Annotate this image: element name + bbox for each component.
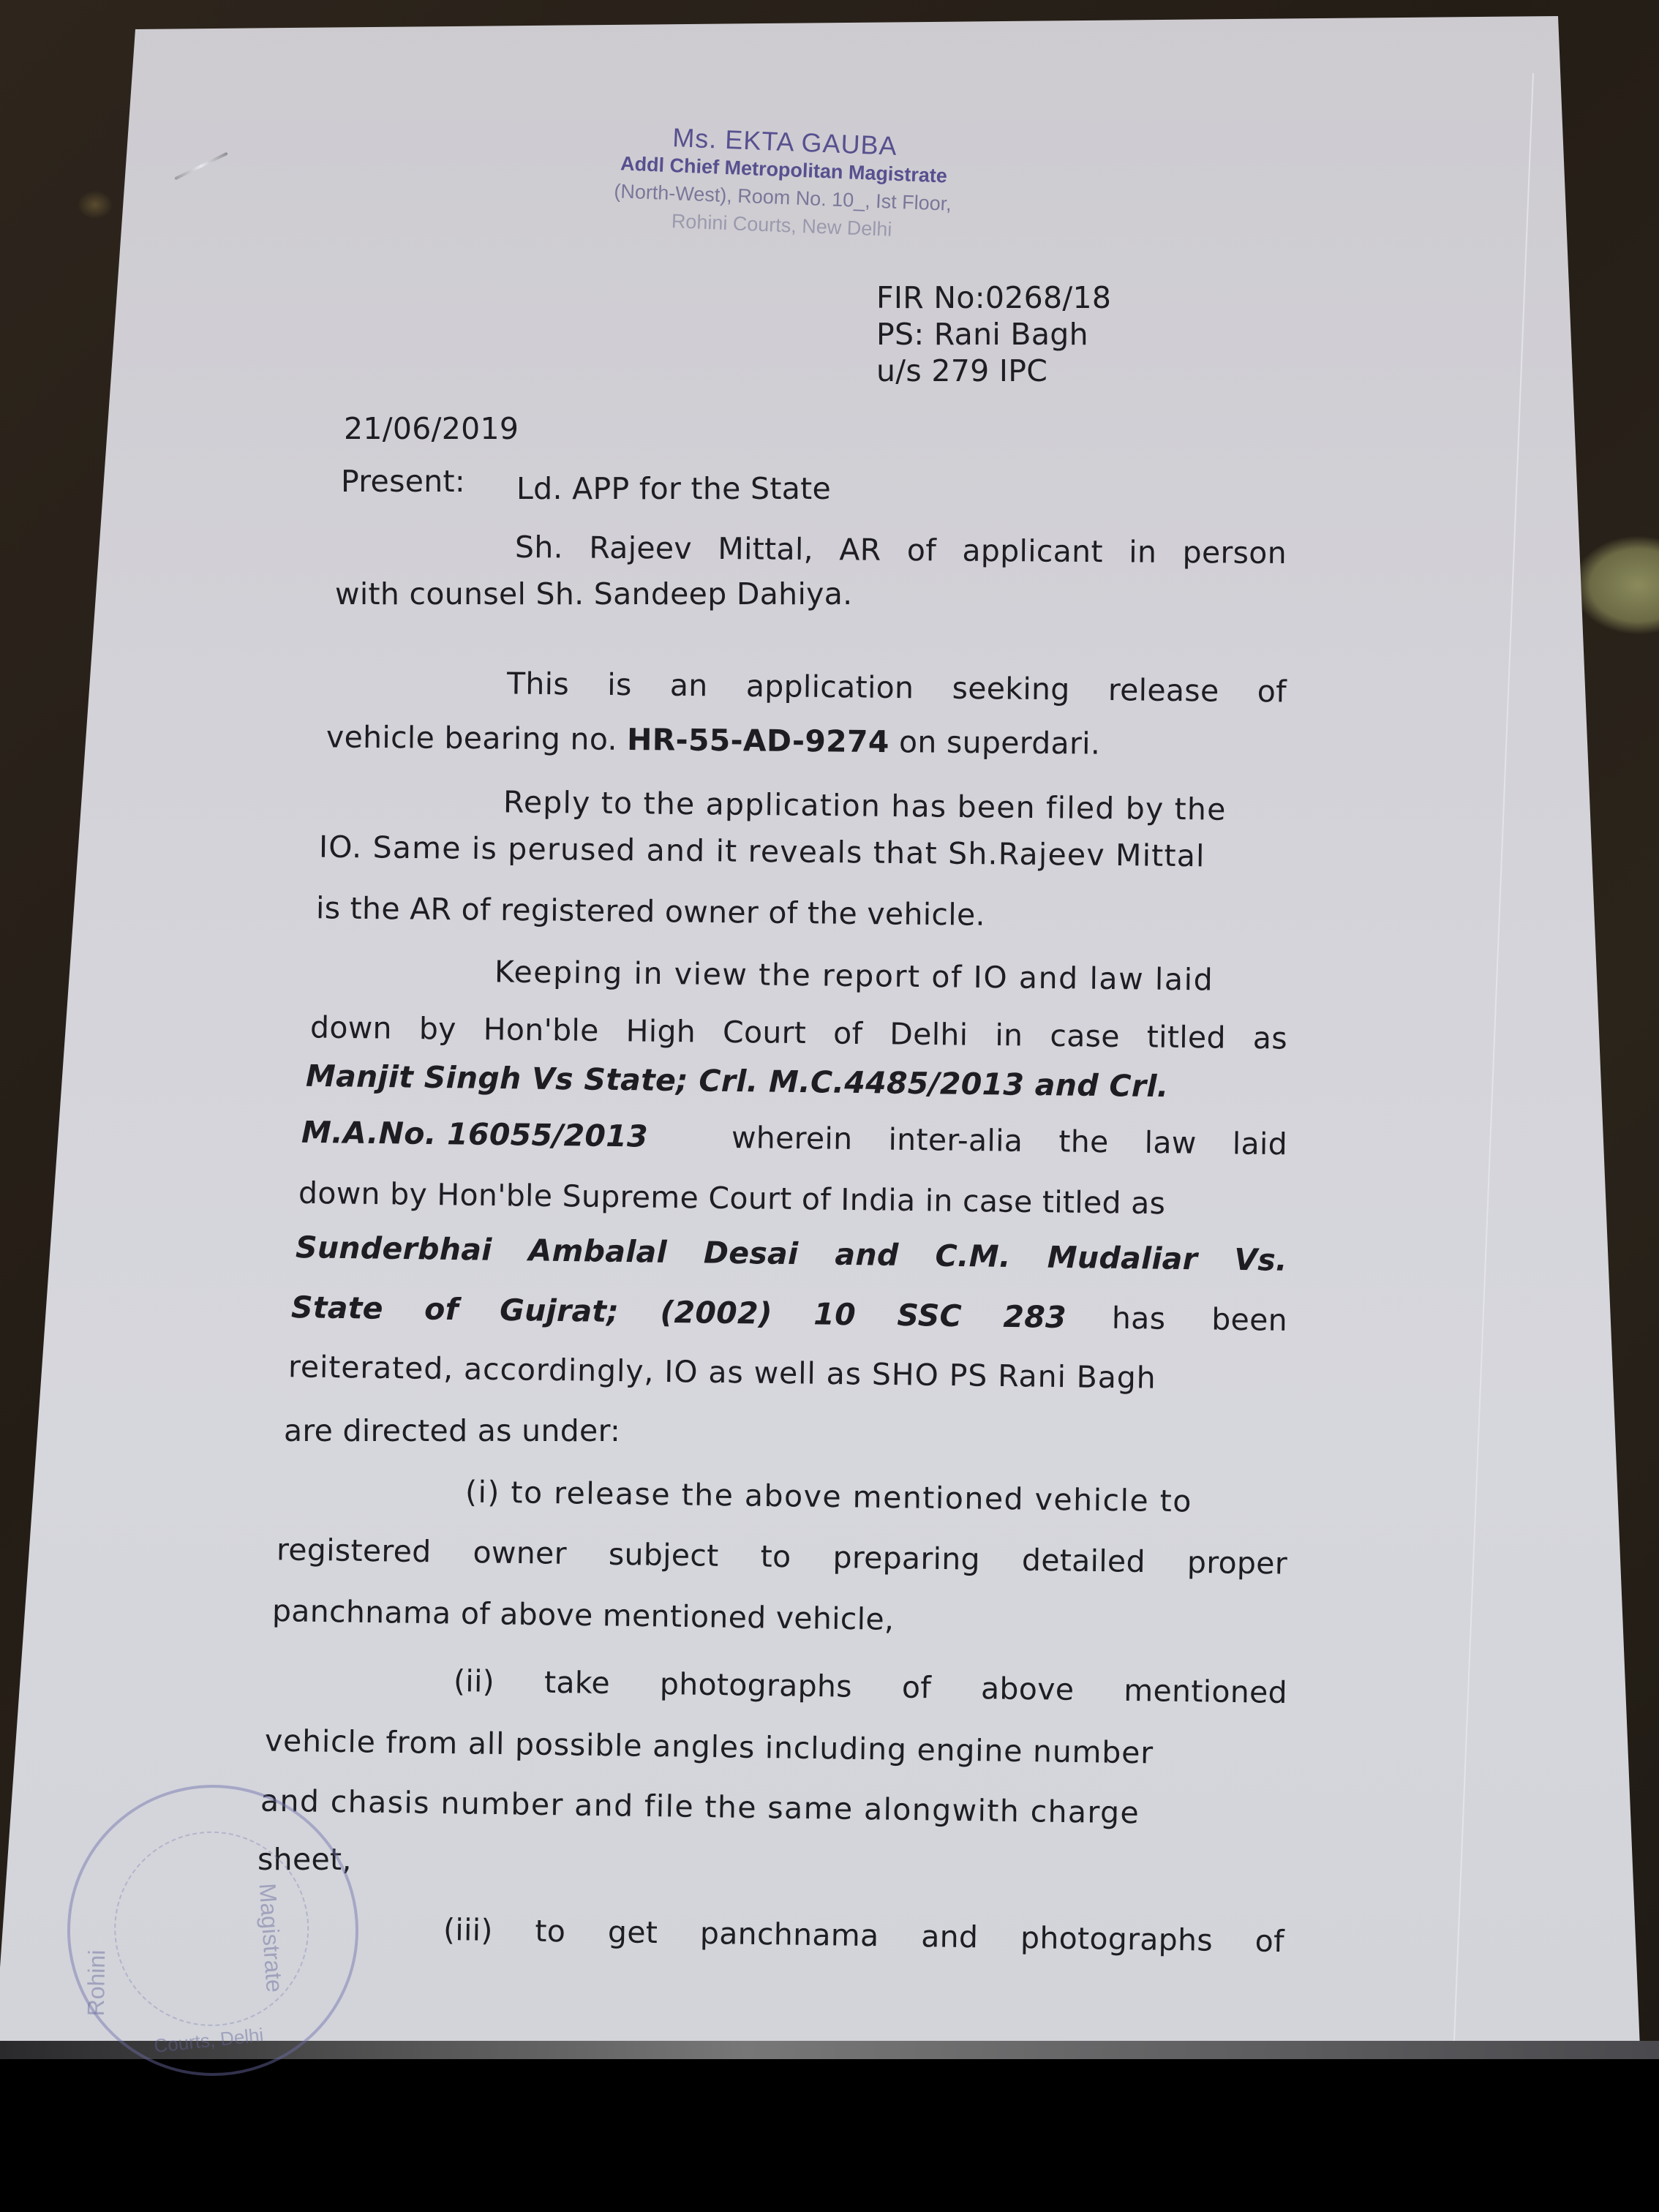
order-date: 21/06/2019 <box>344 411 519 446</box>
word: application <box>746 669 914 705</box>
seal-inner-ring <box>105 1822 318 2036</box>
word: (ii) <box>454 1663 495 1699</box>
word: (2002) <box>660 1295 772 1331</box>
word: State <box>291 1290 383 1326</box>
word: Mittal, <box>718 531 813 567</box>
present-app: Ld. APP for the State <box>516 471 831 506</box>
para2-line3: is the AR of registered owner of the veh… <box>316 890 985 933</box>
word: to <box>760 1539 791 1575</box>
word: by <box>419 1011 456 1047</box>
fir-number: FIR No:0268/18 <box>876 279 1111 316</box>
word: Hon'ble <box>483 1012 598 1048</box>
word: has <box>1112 1301 1166 1336</box>
word: preparing <box>832 1540 980 1577</box>
word: 283 <box>1003 1299 1066 1335</box>
word: titled <box>1147 1019 1227 1055</box>
word: the <box>1058 1124 1109 1159</box>
word: of <box>1254 1923 1284 1959</box>
para3-line9: are directed as under: <box>284 1413 620 1448</box>
word: been <box>1211 1302 1287 1338</box>
word: release <box>1108 672 1219 709</box>
word: get <box>608 1914 658 1950</box>
word: person <box>1182 535 1287 571</box>
word: Ambalal <box>528 1233 667 1269</box>
word: AR <box>839 532 881 567</box>
word: photographs <box>1020 1920 1214 1958</box>
word: proper <box>1187 1545 1288 1581</box>
word: Gujrat; <box>500 1293 620 1329</box>
word: inter-alia <box>888 1122 1023 1159</box>
word: in <box>995 1017 1023 1053</box>
case-info-block: FIR No:0268/18 PS: Rani Bagh u/s 279 IPC <box>876 279 1111 389</box>
word: and <box>921 1919 979 1955</box>
word: C.M. <box>935 1238 1011 1274</box>
word: 10 <box>813 1296 856 1332</box>
word: is <box>607 667 632 702</box>
word: This <box>507 666 569 701</box>
word: Sh. <box>515 530 563 565</box>
word: laid <box>1233 1126 1288 1162</box>
word: of <box>902 1670 932 1706</box>
seal-text-left: Rohini <box>83 1949 111 2016</box>
word: an <box>670 668 708 704</box>
word: Court <box>723 1015 807 1050</box>
word: of <box>907 533 937 568</box>
word: above <box>981 1671 1075 1707</box>
word: case <box>1050 1018 1120 1054</box>
para1-line2: vehicle bearing no. HR-55-AD-9274 on sup… <box>326 719 1101 761</box>
word: Desai <box>704 1235 799 1271</box>
word: as <box>1253 1020 1288 1056</box>
word: SSC <box>897 1298 962 1333</box>
word: of <box>424 1291 459 1327</box>
word: down <box>310 1009 392 1045</box>
word: Vs. <box>1234 1242 1287 1278</box>
word: High <box>625 1013 696 1049</box>
word: and <box>835 1237 899 1273</box>
word: to <box>535 1914 565 1949</box>
word: Rajeev <box>589 530 692 566</box>
word: of <box>833 1016 863 1051</box>
word: Mudaliar <box>1047 1240 1198 1277</box>
word: Sunderbhai <box>296 1230 492 1268</box>
word: photographs <box>660 1666 853 1704</box>
present-ar-line: Sh.RajeevMittal,ARofapplicantinperson <box>515 530 1287 571</box>
word: subject <box>609 1537 719 1573</box>
word: of <box>1257 674 1287 709</box>
ipc-section: u/s 279 IPC <box>876 353 1111 389</box>
word: in <box>1129 534 1156 569</box>
word: mentioned <box>1124 1673 1287 1710</box>
present-label: Present: <box>341 464 465 499</box>
police-station: PS: Rani Bagh <box>876 316 1111 353</box>
magistrate-stamp: Ms. EKTA GAUBA Addl Chief Metropolitan M… <box>612 121 954 246</box>
word: seeking <box>952 671 1070 707</box>
word: registered <box>276 1532 432 1569</box>
word: take <box>544 1665 611 1701</box>
word: applicant <box>962 533 1103 570</box>
word: law <box>1144 1125 1197 1161</box>
word: panchnama <box>700 1916 879 1953</box>
vehicle-number: HR-55-AD-9274 <box>627 722 889 759</box>
word: Delhi <box>889 1016 968 1052</box>
word: (iii) <box>443 1912 493 1948</box>
word: detailed <box>1022 1543 1146 1579</box>
seal-text-bottom: Courts, Delhi <box>153 2023 265 2058</box>
word: wherein <box>731 1120 853 1156</box>
present-counsel: with counsel Sh. Sandeep Dahiya. <box>335 576 852 612</box>
word: owner <box>473 1535 567 1571</box>
